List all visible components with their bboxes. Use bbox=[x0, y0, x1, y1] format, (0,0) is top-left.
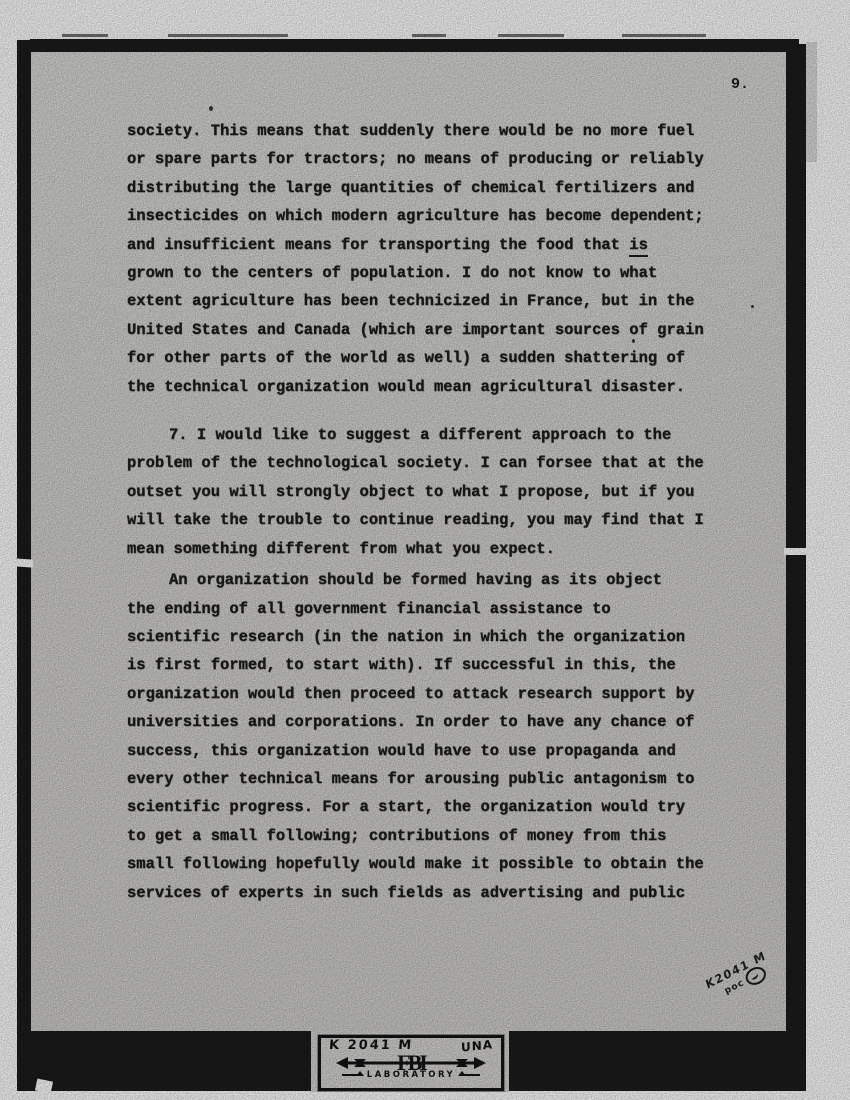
typed-line: small following hopefully would make it … bbox=[127, 850, 733, 878]
typed-line: extent agriculture has been technicized … bbox=[127, 287, 733, 315]
typed-line: scientific research (in the nation in wh… bbox=[127, 623, 733, 651]
typed-line: distributing the large quantities of che… bbox=[127, 174, 733, 202]
stamp-case-code: UNA bbox=[461, 1037, 494, 1054]
paragraph-3: An organization should be formed having … bbox=[127, 566, 733, 907]
typed-line: organization would then proceed to attac… bbox=[127, 680, 733, 708]
paragraph-2: 7. I would like to suggest a different a… bbox=[127, 421, 733, 563]
typed-line: society. This means that suddenly there … bbox=[127, 117, 733, 145]
typed-text-block: society. This means that suddenly there … bbox=[127, 117, 733, 907]
typed-line: universities and corporations. In order … bbox=[127, 708, 733, 736]
scanned-page: 9. society. This means that suddenly the… bbox=[0, 0, 850, 1100]
fbi-lab-stamp: K 2041 M UNA FBI LABORATORY bbox=[318, 1035, 504, 1091]
scan-artifact bbox=[622, 34, 706, 37]
scan-artifact bbox=[498, 34, 564, 37]
typed-line: United States and Canada (which are impo… bbox=[127, 316, 733, 344]
stamp-specimen-id: K 2041 M bbox=[328, 1039, 413, 1053]
stamp-unit-label: LABORATORY bbox=[367, 1070, 455, 1080]
typed-line: every other technical means for arousing… bbox=[127, 765, 733, 793]
typed-line: scientific progress. For a start, the or… bbox=[127, 793, 733, 821]
underlined-word: is bbox=[629, 236, 648, 257]
typed-line: mean something different from what you e… bbox=[127, 535, 733, 563]
scan-artifact bbox=[35, 1078, 53, 1093]
stamp-flourish-icon bbox=[460, 1074, 480, 1076]
paragraph-1: society. This means that suddenly there … bbox=[127, 117, 733, 401]
typed-line: 7. I would like to suggest a different a… bbox=[127, 421, 733, 449]
typed-line: the ending of all government financial a… bbox=[127, 595, 733, 623]
typed-line: services of experts in such fields as ad… bbox=[127, 879, 733, 907]
typed-line: or spare parts for tractors; no means of… bbox=[127, 145, 733, 173]
typed-line: grown to the centers of population. I do… bbox=[127, 259, 733, 287]
speck bbox=[751, 305, 754, 308]
typed-line: is first formed, to start with). If succ… bbox=[127, 651, 733, 679]
typed-line: and insufficient means for transporting … bbox=[127, 231, 733, 259]
typed-segment: and insufficient means for transporting … bbox=[127, 236, 629, 254]
typed-line: the technical organization would mean ag… bbox=[127, 373, 733, 401]
scan-border-right bbox=[786, 44, 806, 1090]
typed-line: success, this organization would have to… bbox=[127, 737, 733, 765]
scan-artifact bbox=[806, 42, 817, 162]
speck bbox=[209, 106, 213, 111]
scan-artifact bbox=[784, 548, 808, 555]
scan-artifact bbox=[15, 558, 34, 567]
scan-border-top bbox=[30, 39, 799, 52]
scan-artifact bbox=[168, 34, 288, 37]
typed-line: insecticides on which modern agriculture… bbox=[127, 202, 733, 230]
page-number: 9. bbox=[731, 76, 749, 93]
scan-artifact bbox=[412, 34, 446, 37]
typed-line: will take the trouble to continue readin… bbox=[127, 506, 733, 534]
typed-line: for other parts of the world as well) a … bbox=[127, 344, 733, 372]
typed-line: outset you will strongly object to what … bbox=[127, 478, 733, 506]
scan-artifact bbox=[62, 34, 108, 37]
typed-line: problem of the technological society. I … bbox=[127, 449, 733, 477]
typed-line: to get a small following; contributions … bbox=[127, 822, 733, 850]
typed-line: An organization should be formed having … bbox=[127, 566, 733, 594]
stamp-flourish-icon bbox=[342, 1074, 362, 1076]
